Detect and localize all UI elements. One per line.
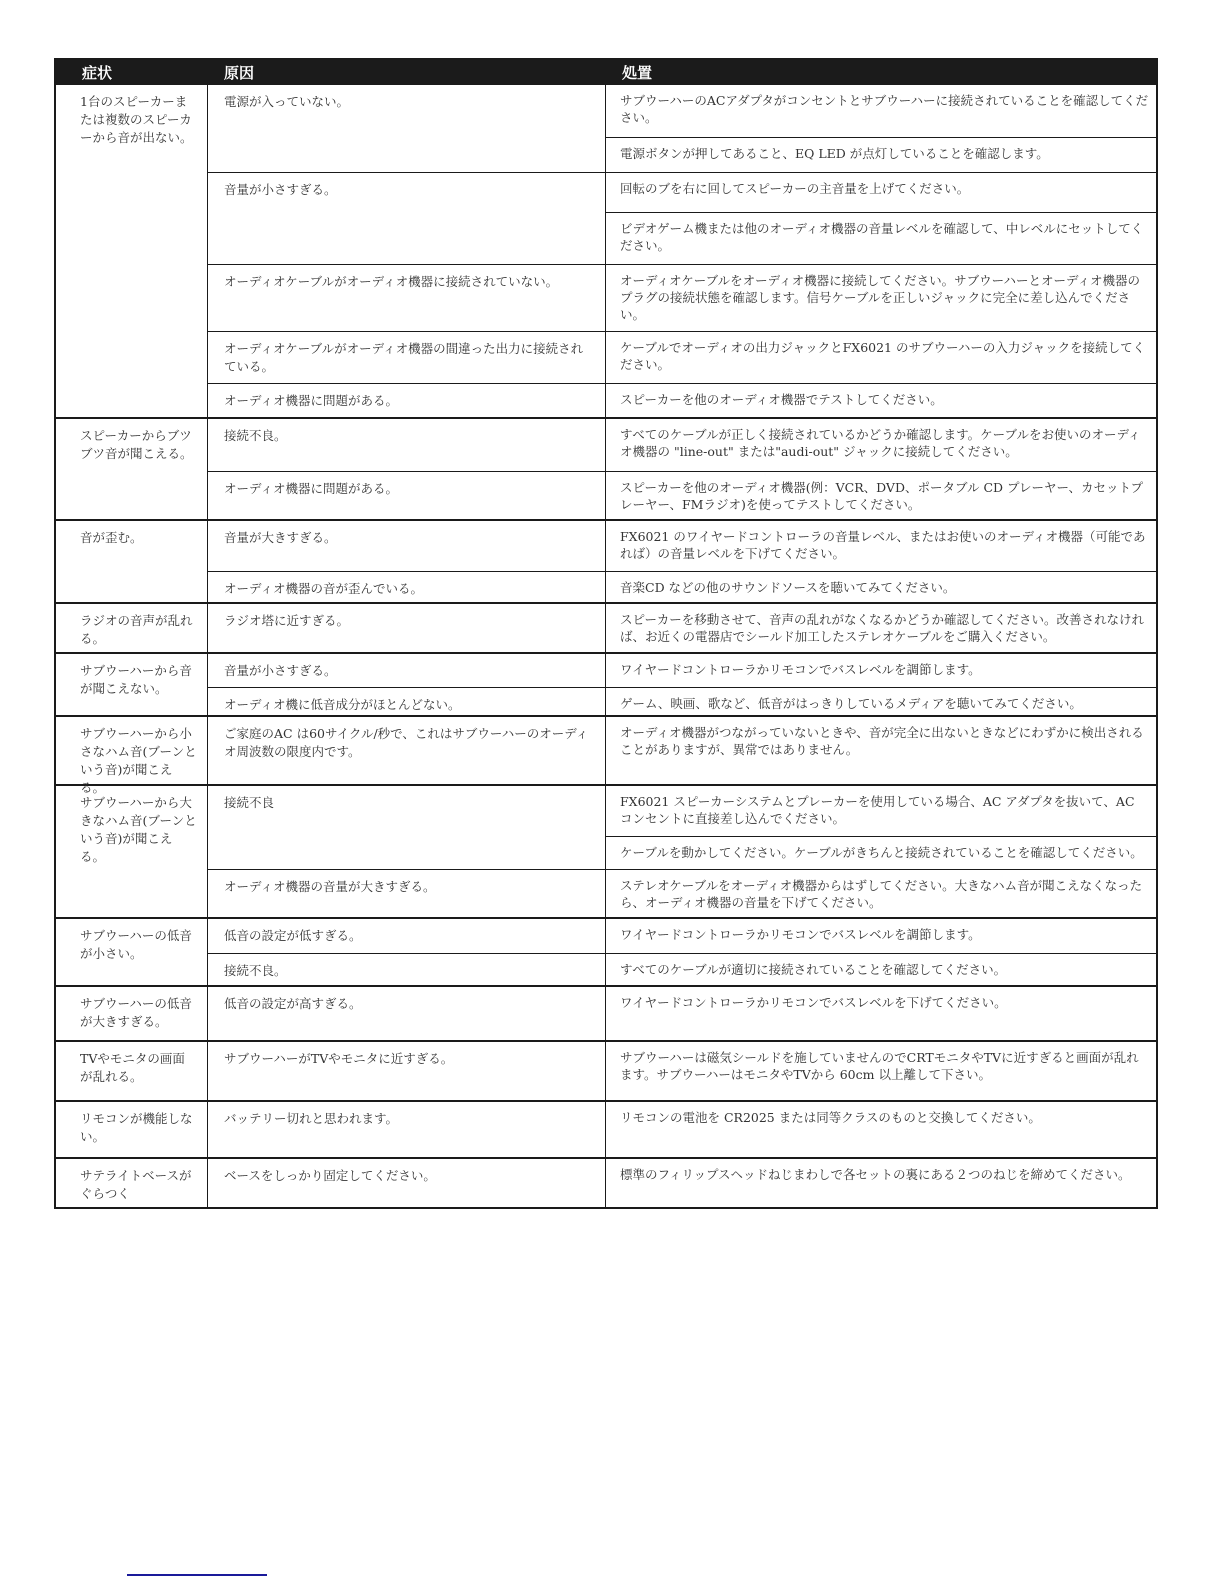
solution-cell: ステレオケーブルをオーディオ機器からはずしてください。大きなハム音が聞こえなくな… [606, 870, 1156, 919]
table-row: オーディオ機器の音量が大きすぎる。 ステレオケーブルをオーディオ機器からはずして… [208, 869, 1156, 919]
table-group: サブウーハーの低音が小さい。 低音の設定が低すぎる。 ワイヤードコントローラかリ… [56, 917, 1156, 985]
table-group: 音が歪む。 音量が大きすぎる。 FX6021 のワイヤードコントローラの音量レベ… [56, 519, 1156, 602]
header-cause: 原因 [208, 62, 606, 83]
table-row: オーディオケーブルがオーディオ機器に接続されていない。 オーディオケーブルをオー… [208, 264, 1156, 331]
cause-cell: バッテリー切れと思われます。 [208, 1102, 606, 1159]
cause-cell: オーディオ機器に問題がある。 [208, 472, 606, 521]
table-row: 接続不良 FX6021 スピーカーシステムとプレーカーを使用している場合、AC … [208, 786, 1156, 869]
solution-cell: スピーカーを移動させて、音声の乱れがなくなるかどうか確認してください。改善されな… [606, 604, 1156, 654]
header-solution: 処置 [606, 62, 1156, 83]
solution-cell: オーディオケーブルをオーディオ機器に接続してください。サブウーハーとオーディオ機… [606, 265, 1156, 331]
table-row: 音量が小さすぎる。 ワイヤードコントローラかリモコンでバスレベルを調節します。 [208, 654, 1156, 687]
solution-cell: FX6021 のワイヤードコントローラの音量レベル、またはお使いのオーディオ機器… [606, 521, 1156, 571]
table-row: バッテリー切れと思われます。 リモコンの電池を CR2025 または同等クラスの… [208, 1102, 1156, 1159]
symptom-cell: サブウーハーから小さなハム音(ブーンという音)が聞こえる。 [56, 717, 208, 784]
solution-cell: スピーカーを他のオーディオ機器でテストしてください。 [606, 384, 1156, 417]
table-group: サブウーハーの低音が大きすぎる。 低音の設定が高すぎる。 ワイヤードコントローラ… [56, 985, 1156, 1040]
table-row: オーディオケーブルがオーディオ機器の間違った出力に接続されている。 ケーブルでオ… [208, 331, 1156, 383]
symptom-cell: 1台のスピーカーまたは複数のスピーカーから音が出ない。 [56, 85, 208, 417]
symptom-cell: 音が歪む。 [56, 521, 208, 602]
solution-cell: ゲーム、映画、歌など、低音がはっきりしているメディアを聴いてみてください。 [606, 688, 1156, 717]
solution-cell: サブウーハーは磁気シールドを施していませんのでCRTモニタやTVに近すぎると画面… [606, 1042, 1156, 1102]
table-row: サブウーハーがTVやモニタに近すぎる。 サブウーハーは磁気シールドを施していませ… [208, 1042, 1156, 1102]
cause-cell: ご家庭のAC は60サイクル/秒で、これはサブウーハーのオーディオ周波数の限度内… [208, 717, 606, 786]
cause-cell: オーディオ機器の音量が大きすぎる。 [208, 870, 606, 919]
symptom-cell: サブウーハーの低音が小さい。 [56, 919, 208, 985]
table-row: ベースをしっかり固定してください。 標準のフィリップスヘッドねじまわしで各セット… [208, 1159, 1156, 1209]
table-group: サテライトベースがぐらつく ベースをしっかり固定してください。 標準のフィリップ… [56, 1157, 1156, 1207]
table-group: サブウーハーから大きなハム音(ブーンという音)が聞こえる。 接続不良 FX602… [56, 784, 1156, 917]
symptom-cell: ラジオの音声が乱れる。 [56, 604, 208, 652]
table-row: オーディオ機に低音成分がほとんどない。 ゲーム、映画、歌など、低音がはっきりして… [208, 687, 1156, 717]
cause-cell: 低音の設定が高すぎる。 [208, 987, 606, 1042]
table-row: 接続不良。 すべてのケーブルが適切に接続されていることを確認してください。 [208, 953, 1156, 987]
cause-cell: オーディオ機に低音成分がほとんどない。 [208, 688, 606, 717]
table-row: 電源が入っていない。 サブウーハーのACアダプタがコンセントとサブウーハーに接続… [208, 85, 1156, 172]
solution-cell: ビデオゲーム機または他のオーディオ機器の音量レベルを確認して、中レベルにセットし… [606, 212, 1156, 264]
symptom-cell: TVやモニタの画面が乱れる。 [56, 1042, 208, 1100]
symptom-cell: スピーカーからブツブツ音が聞こえる。 [56, 419, 208, 519]
cause-cell: 音量が小さすぎる。 [208, 654, 606, 687]
header-symptom: 症状 [56, 62, 208, 83]
cause-cell: 接続不良 [208, 786, 606, 869]
solution-cell: 回転のブを右に回してスピーカーの主音量を上げてください。 [606, 173, 1156, 212]
table-row: 音量が大きすぎる。 FX6021 のワイヤードコントローラの音量レベル、またはお… [208, 521, 1156, 571]
cause-cell: ベースをしっかり固定してください。 [208, 1159, 606, 1209]
solution-cell: ケーブルを動かしてください。ケーブルがきちんと接続されていることを確認してくださ… [606, 836, 1156, 869]
table-row: オーディオ機器に問題がある。 スピーカーを他のオーディオ機器でテストしてください… [208, 383, 1156, 417]
solution-cell: ワイヤードコントローラかリモコンでバスレベルを下げてください。 [606, 987, 1156, 1042]
table-group: サブウーハーから小さなハム音(ブーンという音)が聞こえる。 ご家庭のAC は60… [56, 715, 1156, 784]
table-row: オーディオ機器の音が歪んでいる。 音楽CD などの他のサウンドソースを聴いてみて… [208, 571, 1156, 604]
solution-cell: FX6021 スピーカーシステムとプレーカーを使用している場合、AC アダプタを… [606, 786, 1156, 836]
solution-cell: 電源ボタンが押してあること、EQ LED が点灯していることを確認します。 [606, 137, 1156, 172]
cause-cell: 電源が入っていない。 [208, 85, 606, 172]
solution-cell: 標準のフィリップスヘッドねじまわしで各セットの裏にある２つのねじを締めてください… [606, 1159, 1156, 1209]
symptom-cell: サブウーハーから音が聞こえない。 [56, 654, 208, 715]
cause-cell: オーディオケーブルがオーディオ機器に接続されていない。 [208, 265, 606, 331]
solution-cell: ワイヤードコントローラかリモコンでバスレベルを調節します。 [606, 919, 1156, 953]
cause-cell: オーディオ機器に問題がある。 [208, 384, 606, 417]
solution-cell: ワイヤードコントローラかリモコンでバスレベルを調節します。 [606, 654, 1156, 687]
table-group: TVやモニタの画面が乱れる。 サブウーハーがTVやモニタに近すぎる。 サブウーハ… [56, 1040, 1156, 1100]
cause-cell: オーディオケーブルがオーディオ機器の間違った出力に接続されている。 [208, 332, 606, 383]
cause-cell: 低音の設定が低すぎる。 [208, 919, 606, 953]
cause-cell: ラジオ塔に近すぎる。 [208, 604, 606, 654]
cause-cell: 接続不良。 [208, 419, 606, 471]
footer-divider-line [127, 1574, 267, 1576]
troubleshooting-table: 症状 原因 処置 1台のスピーカーまたは複数のスピーカーから音が出ない。 電源が… [54, 58, 1158, 1209]
table-row: オーディオ機器に問題がある。 スピーカーを他のオーディオ機器(例：VCR、DVD… [208, 471, 1156, 521]
cause-cell: 音量が小さすぎる。 [208, 173, 606, 264]
table-row: 低音の設定が高すぎる。 ワイヤードコントローラかリモコンでバスレベルを下げてくだ… [208, 987, 1156, 1042]
symptom-cell: サブウーハーの低音が大きすぎる。 [56, 987, 208, 1040]
table-header: 症状 原因 処置 [56, 60, 1156, 85]
solution-cell: すべてのケーブルが正しく接続されているかどうか確認します。ケーブルをお使いのオー… [606, 419, 1156, 471]
solution-cell: リモコンの電池を CR2025 または同等クラスのものと交換してください。 [606, 1102, 1156, 1159]
solution-cell: 音楽CD などの他のサウンドソースを聴いてみてください。 [606, 572, 1156, 604]
solution-cell: オーディオ機器がつながっていないときや、音が完全に出ないときなどにわずかに検出さ… [606, 717, 1156, 786]
cause-cell: 接続不良。 [208, 954, 606, 987]
table-group: スピーカーからブツブツ音が聞こえる。 接続不良。 すべてのケーブルが正しく接続さ… [56, 417, 1156, 519]
symptom-cell: サブウーハーから大きなハム音(ブーンという音)が聞こえる。 [56, 786, 208, 917]
table-row: 接続不良。 すべてのケーブルが正しく接続されているかどうか確認します。ケーブルを… [208, 419, 1156, 471]
cause-cell: サブウーハーがTVやモニタに近すぎる。 [208, 1042, 606, 1102]
solution-cell: ケーブルでオーディオの出力ジャックとFX6021 のサブウーハーの入力ジャックを… [606, 332, 1156, 383]
table-group: リモコンが機能しない。 バッテリー切れと思われます。 リモコンの電池を CR20… [56, 1100, 1156, 1157]
solution-cell: サブウーハーのACアダプタがコンセントとサブウーハーに接続されていることを確認し… [606, 85, 1156, 137]
solution-cell: スピーカーを他のオーディオ機器(例：VCR、DVD、ポータブル CD プレーヤー… [606, 472, 1156, 521]
cause-cell: オーディオ機器の音が歪んでいる。 [208, 572, 606, 604]
table-group: 1台のスピーカーまたは複数のスピーカーから音が出ない。 電源が入っていない。 サ… [56, 85, 1156, 417]
symptom-cell: リモコンが機能しない。 [56, 1102, 208, 1157]
solution-cell: すべてのケーブルが適切に接続されていることを確認してください。 [606, 954, 1156, 987]
table-row: ご家庭のAC は60サイクル/秒で、これはサブウーハーのオーディオ周波数の限度内… [208, 717, 1156, 786]
symptom-cell: サテライトベースがぐらつく [56, 1159, 208, 1207]
table-row: ラジオ塔に近すぎる。 スピーカーを移動させて、音声の乱れがなくなるかどうか確認し… [208, 604, 1156, 654]
cause-cell: 音量が大きすぎる。 [208, 521, 606, 571]
table-group: サブウーハーから音が聞こえない。 音量が小さすぎる。 ワイヤードコントローラかリ… [56, 652, 1156, 715]
table-row: 音量が小さすぎる。 回転のブを右に回してスピーカーの主音量を上げてください。 ビ… [208, 172, 1156, 264]
table-group: ラジオの音声が乱れる。 ラジオ塔に近すぎる。 スピーカーを移動させて、音声の乱れ… [56, 602, 1156, 652]
table-row: 低音の設定が低すぎる。 ワイヤードコントローラかリモコンでバスレベルを調節します… [208, 919, 1156, 953]
